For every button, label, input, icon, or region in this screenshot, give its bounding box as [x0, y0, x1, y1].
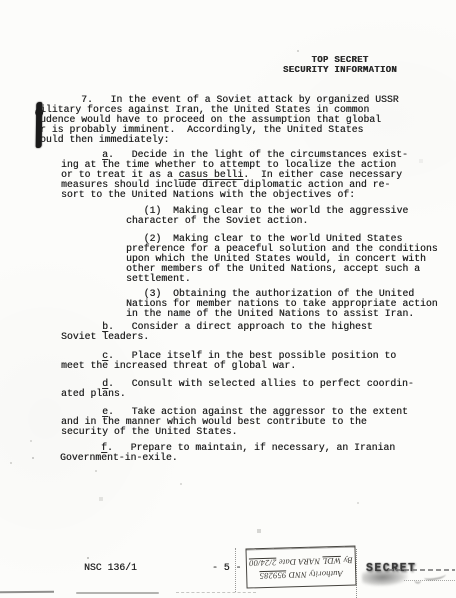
- scan-edge-line: [76, 592, 159, 594]
- paragraph-f: f. Prepare to maintain, if necessary, an…: [60, 443, 395, 463]
- text-line: ated plans.: [61, 389, 414, 399]
- declassification-stamp-text: Authority NND 959285 By WDL NARA Date 2/…: [248, 548, 355, 587]
- paragraph-b: b. Consider a direct approach to the hig…: [61, 322, 373, 342]
- declassification-stamp: Authority NND 959285 By WDL NARA Date 2/…: [245, 545, 356, 588]
- classification-line-top-secret: TOP SECRET: [278, 55, 402, 65]
- document-page: TOP SECRET SECURITY INFORMATION 7. In th…: [0, 0, 456, 598]
- text-line: Government-in-exile.: [60, 453, 395, 463]
- text-line: security of the United States.: [61, 427, 408, 437]
- paragraph-e: e. Take action against the aggressor to …: [61, 407, 408, 437]
- text-line: ould then immediately:: [40, 135, 399, 145]
- paragraph-c: c. Place itself in the best possible pos…: [61, 351, 396, 371]
- page-number: - 5 -: [212, 563, 241, 573]
- fold-mark-line: [235, 548, 236, 592]
- classification-line-security-information: SECURITY INFORMATION: [278, 65, 402, 75]
- text-line: in the name of the United Nations to ass…: [126, 309, 438, 319]
- paragraph-a-3: (3) Obtaining the authorization of the U…: [126, 289, 438, 319]
- text-line: meet the increased threat of global war.: [61, 361, 396, 371]
- text-line: character of the Soviet action.: [126, 216, 408, 226]
- document-number: NSC 136/1: [84, 563, 137, 573]
- scan-edge-line: [176, 592, 256, 593]
- paragraph-a-1: (1) Making clear to the world the aggres…: [126, 206, 408, 226]
- paragraph-7: 7. In the event of a Soviet attack by or…: [40, 95, 399, 145]
- text-line: sort to the United Nations with the obje…: [61, 190, 408, 200]
- scan-edge-line: [0, 591, 54, 593]
- text-line: settlement.: [126, 274, 438, 284]
- text-line: Soviet leaders.: [61, 332, 373, 342]
- paragraph-d: d. Consult with selected allies to perfe…: [61, 379, 414, 399]
- paragraph-a: a. Decide in the light of the circumstan…: [61, 150, 408, 200]
- paper-specks: [0, 0, 2, 2]
- classification-header: TOP SECRET SECURITY INFORMATION: [278, 55, 402, 75]
- paragraph-a-2: (2) Making clear to the world United Sta…: [126, 234, 438, 284]
